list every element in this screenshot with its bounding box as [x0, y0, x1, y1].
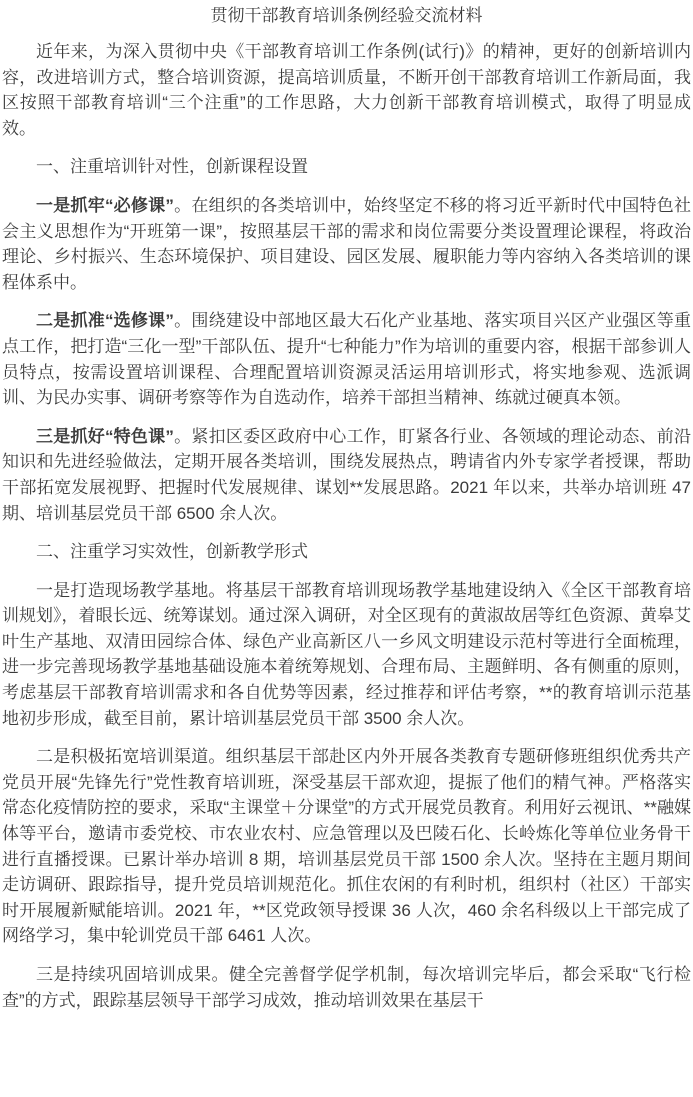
body-paragraph: 三是持续巩固培训成果。健全完善督学促学机制，每次培训完毕后，都会采取“飞行检查”… — [2, 962, 691, 1013]
bold-lead-text: 二是抓准“选修课” — [36, 311, 174, 330]
body-paragraph: 一是打造现场教学基地。将基层干部教育培训现场教学基地建设纳入《全区干部教育培训规… — [2, 578, 691, 732]
bold-lead-text: 三是抓好“特色课” — [36, 427, 174, 446]
section-heading: 一、注重培训针对性，创新课程设置 — [2, 154, 691, 180]
body-paragraph: 近年来，为深入贯彻中央《干部教育培训工作条例(试行)》的精神，更好的创新培训内容… — [2, 39, 691, 141]
bold-lead-text: 一是抓牢“必修课” — [36, 196, 174, 215]
document-page: 贯彻干部教育培训条例经验交流材料 近年来，为深入贯彻中央《干部教育培训工作条例(… — [0, 0, 693, 1013]
body-paragraph: 一是抓牢“必修课”。在组织的各类培训中，始终坚定不移的将习近平新时代中国特色社会… — [2, 193, 691, 295]
document-title: 贯彻干部教育培训条例经验交流材料 — [2, 4, 691, 28]
document-body: 近年来，为深入贯彻中央《干部教育培训工作条例(试行)》的精神，更好的创新培训内容… — [2, 39, 691, 1013]
body-paragraph: 三是抓好“特色课”。紧扣区委区政府中心工作，盯紧各行业、各领域的理论动态、前沿知… — [2, 424, 691, 526]
body-paragraph: 二是积极拓宽培训渠道。组织基层干部赴区内外开展各类教育专题研修班组织优秀共产党员… — [2, 744, 691, 949]
body-paragraph: 二是抓准“选修课”。围绕建设中部地区最大石化产业基地、落实项目兴区产业强区等重点… — [2, 308, 691, 410]
section-heading: 二、注重学习实效性，创新教学形式 — [2, 539, 691, 565]
